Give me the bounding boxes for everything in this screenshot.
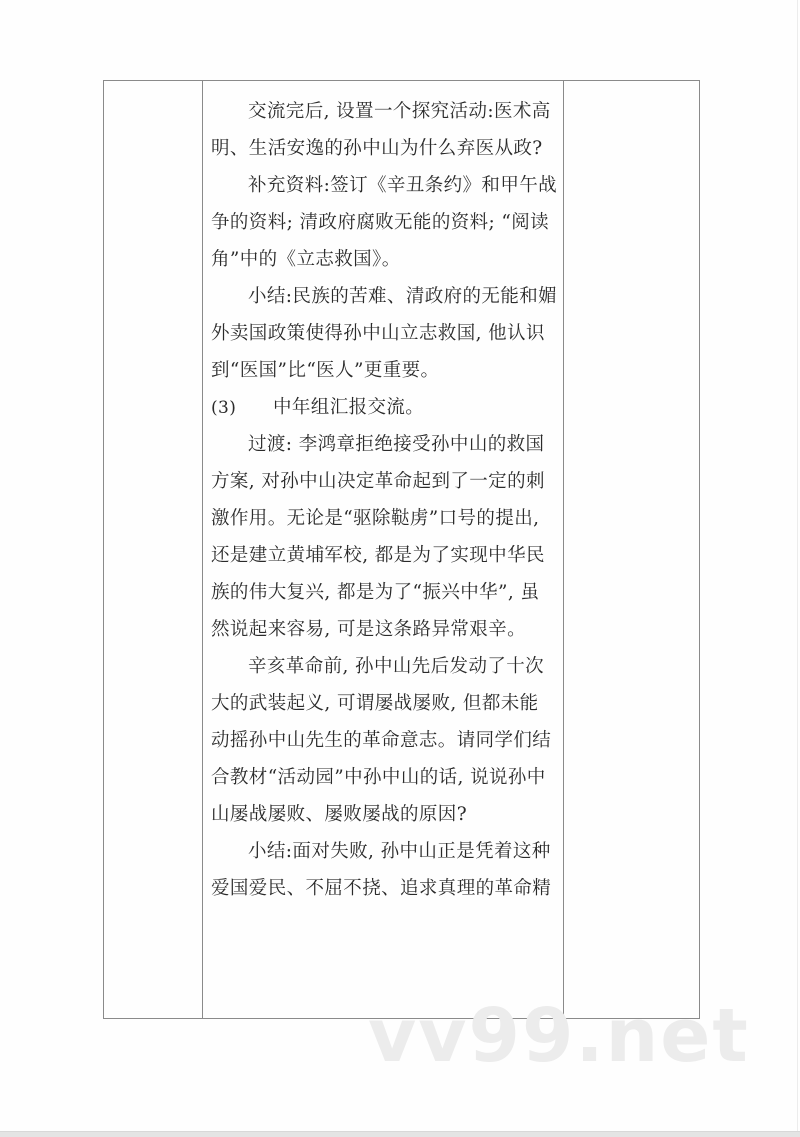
- paragraph-line: 小结:面对失败, 孙中山正是凭着这种: [211, 833, 557, 870]
- paragraph-line: 山屡战屡败、屡败屡战的原因?: [211, 796, 557, 833]
- line-text: 然说起来容易, 可是这条路异常艰辛。: [211, 619, 526, 640]
- table-cell-right: [564, 81, 699, 1018]
- page-bottom-edge: [0, 1131, 800, 1137]
- paragraph-line: 然说起来容易, 可是这条路异常艰辛。: [211, 611, 557, 648]
- paragraph-line: 角”中的《立志救国》。: [211, 241, 557, 278]
- numbered-item-line: (3)中年组汇报交流。: [211, 389, 557, 426]
- paragraph-line: 大的武装起义, 可谓屡战屡败, 但都未能: [211, 685, 557, 722]
- line-text: 山屡战屡败、屡败屡战的原因?: [211, 804, 467, 825]
- lesson-plan-table: 交流完后, 设置一个探究活动:医术高明、生活安逸的孙中山为什么弃医从政?补充资料…: [103, 80, 700, 1019]
- item-number: (3): [211, 390, 273, 427]
- line-text: 辛亥革命前, 孙中山先后发动了十次: [248, 656, 544, 677]
- line-text: 动摇孙中山先生的革命意志。请同学们结: [211, 730, 551, 751]
- paragraph-line: 小结:民族的苦难、清政府的无能和媚: [211, 278, 557, 315]
- line-text: 方案, 对孙中山决定革命起到了一定的刺: [211, 471, 545, 492]
- line-text: 过渡: 李鸿章拒绝接受孙中山的救国: [248, 434, 544, 455]
- paragraph-line: 还是建立黄埔军校, 都是为了实现中华民: [211, 537, 557, 574]
- line-text: 中年组汇报交流。: [273, 397, 424, 418]
- line-text: 外卖国政策使得孙中山立志救国, 他认识: [211, 323, 545, 344]
- paragraph-line: 外卖国政策使得孙中山立志救国, 他认识: [211, 315, 557, 352]
- page-edge: [797, 0, 798, 1131]
- paragraph-line: 动摇孙中山先生的革命意志。请同学们结: [211, 722, 557, 759]
- line-text: 补充资料:签订《辛丑条约》和甲午战: [248, 175, 557, 196]
- line-text: 还是建立黄埔军校, 都是为了实现中华民: [211, 545, 545, 566]
- line-text: 争的资料; 清政府腐败无能的资料; “阅读: [211, 212, 549, 233]
- paragraph-line: 激作用。无论是“驱除鞑虏”口号的提出,: [211, 500, 557, 537]
- line-text: 族的伟大复兴, 都是为了“振兴中华”, 虽: [211, 582, 539, 603]
- paragraph-line: 辛亥革命前, 孙中山先后发动了十次: [211, 648, 557, 685]
- paragraph-line: 到“医国”比“医人”更重要。: [211, 352, 557, 389]
- paragraph-line: 明、生活安逸的孙中山为什么弃医从政?: [211, 130, 557, 167]
- paragraph-line: 交流完后, 设置一个探究活动:医术高: [211, 93, 557, 130]
- line-text: 激作用。无论是“驱除鞑虏”口号的提出,: [211, 508, 539, 529]
- paragraph-line: 爱国爱民、不屈不挠、追求真理的革命精: [211, 870, 557, 907]
- line-text: 交流完后, 设置一个探究活动:医术高: [248, 101, 551, 122]
- line-text: 合教材“活动园”中孙中山的话, 说说孙中: [211, 767, 546, 788]
- paragraph-line: 争的资料; 清政府腐败无能的资料; “阅读: [211, 204, 557, 241]
- paragraph-line: 族的伟大复兴, 都是为了“振兴中华”, 虽: [211, 574, 557, 611]
- line-text: 角”中的《立志救国》。: [211, 249, 401, 270]
- paragraph-line: 合教材“活动园”中孙中山的话, 说说孙中: [211, 759, 557, 796]
- paragraph-line: 补充资料:签订《辛丑条约》和甲午战: [211, 167, 557, 204]
- line-text: 大的武装起义, 可谓屡战屡败, 但都未能: [211, 693, 539, 714]
- paragraph-line: 过渡: 李鸿章拒绝接受孙中山的救国: [211, 426, 557, 463]
- document-page: 交流完后, 设置一个探究活动:医术高明、生活安逸的孙中山为什么弃医从政?补充资料…: [0, 0, 800, 1131]
- line-text: 爱国爱民、不屈不挠、追求真理的革命精: [211, 878, 551, 899]
- table-cell-left: [104, 81, 203, 1018]
- main-cell-text: 交流完后, 设置一个探究活动:医术高明、生活安逸的孙中山为什么弃医从政?补充资料…: [211, 93, 557, 907]
- table-cell-main: 交流完后, 设置一个探究活动:医术高明、生活安逸的孙中山为什么弃医从政?补充资料…: [203, 81, 564, 1018]
- line-text: 小结:面对失败, 孙中山正是凭着这种: [248, 841, 551, 862]
- line-text: 小结:民族的苦难、清政府的无能和媚: [248, 286, 557, 307]
- paragraph-line: 方案, 对孙中山决定革命起到了一定的刺: [211, 463, 557, 500]
- line-text: 明、生活安逸的孙中山为什么弃医从政?: [211, 138, 543, 159]
- line-text: 到“医国”比“医人”更重要。: [211, 360, 439, 381]
